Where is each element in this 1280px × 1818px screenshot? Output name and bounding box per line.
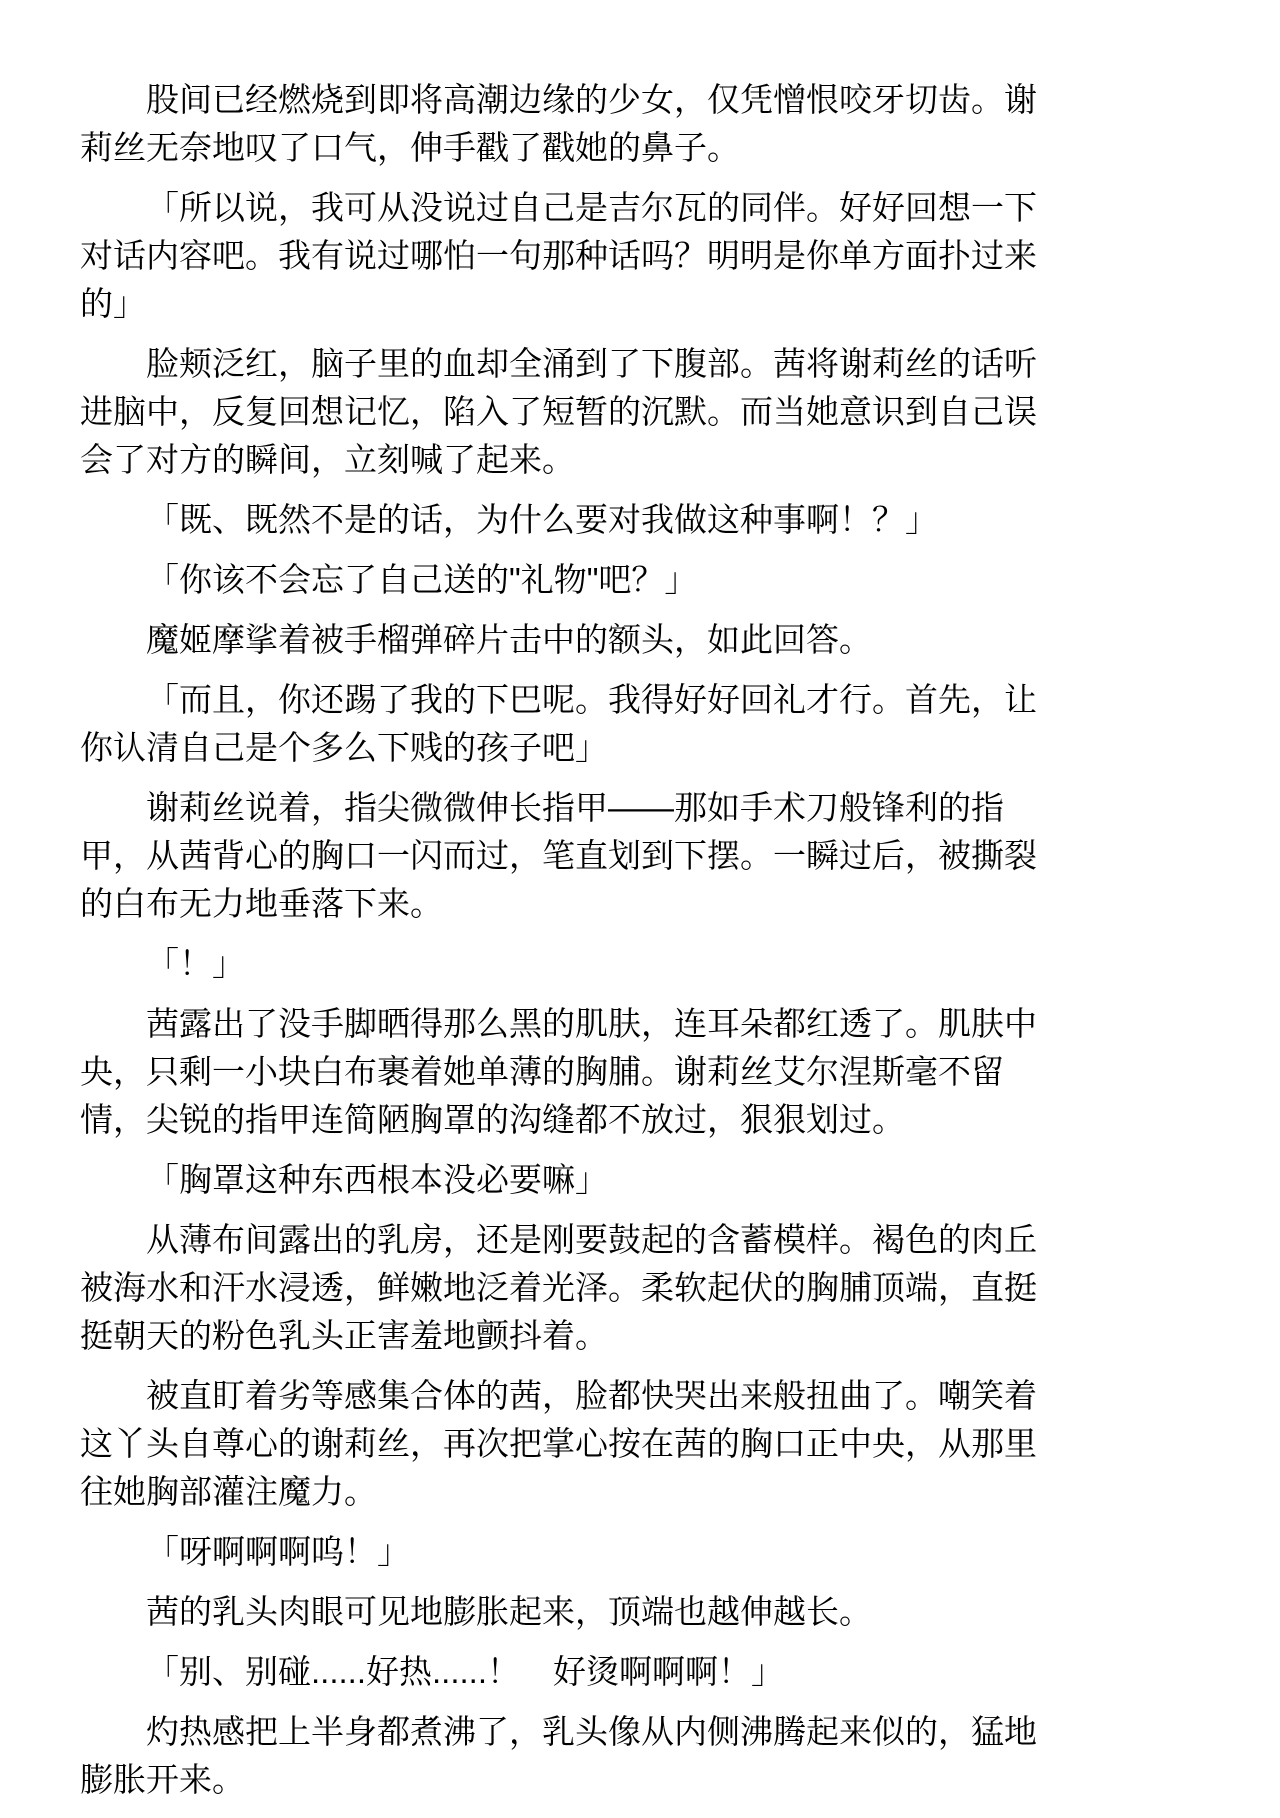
text-line: 脸颊泛红，脑子里的血却全涌到了下腹部。茜将谢莉丝的话听 [80, 340, 1050, 388]
text-line: 从薄布间露出的乳房，还是刚要鼓起的含蓄模样。褐色的肉丘 [80, 1216, 1050, 1264]
text-line: 「胸罩这种东西根本没必要嘛」 [80, 1156, 1050, 1204]
text-line: 「所以说，我可从没说过自己是吉尔瓦的同伴。好好回想一下 [80, 184, 1050, 232]
text-line: 央，只剩一小块白布裹着她单薄的胸脯。谢莉丝艾尔涅斯毫不留 [80, 1048, 1050, 1096]
document-body: 股间已经燃烧到即将高潮边缘的少女，仅凭憎恨咬牙切齿。谢莉丝无奈地叹了口气，伸手戳… [80, 76, 1050, 1804]
paragraph: 茜露出了没手脚晒得那么黑的肌肤，连耳朵都红透了。肌肤中央，只剩一小块白布裹着她单… [80, 1000, 1050, 1144]
paragraph: 茜的乳头肉眼可见地膨胀起来，顶端也越伸越长。 [80, 1588, 1050, 1636]
paragraph: 谢莉丝说着，指尖微微伸长指甲——那如手术刀般锋利的指甲，从茜背心的胸口一闪而过，… [80, 784, 1050, 928]
text-line: 茜的乳头肉眼可见地膨胀起来，顶端也越伸越长。 [80, 1588, 1050, 1636]
text-line: 莉丝无奈地叹了口气，伸手戳了戳她的鼻子。 [80, 124, 1050, 172]
text-line: 甲，从茜背心的胸口一闪而过，笔直划到下摆。一瞬过后，被撕裂 [80, 832, 1050, 880]
paragraph: 被直盯着劣等感集合体的茜，脸都快哭出来般扭曲了。嘲笑着这丫头自尊心的谢莉丝，再次… [80, 1372, 1050, 1516]
paragraph: 从薄布间露出的乳房，还是刚要鼓起的含蓄模样。褐色的肉丘被海水和汗水浸透，鲜嫩地泛… [80, 1216, 1050, 1360]
text-line: 的」 [80, 280, 1050, 328]
text-line: 的白布无力地垂落下来。 [80, 880, 1050, 928]
text-line: 「别、别碰......好热......！ 好烫啊啊啊！」 [80, 1648, 1050, 1696]
text-line: 灼热感把上半身都煮沸了，乳头像从内侧沸腾起来似的，猛地 [80, 1708, 1050, 1756]
text-line: 「你该不会忘了自己送的"礼物"吧？」 [80, 556, 1050, 604]
text-line: 你认清自己是个多么下贱的孩子吧」 [80, 724, 1050, 772]
paragraph: 「别、别碰......好热......！ 好烫啊啊啊！」 [80, 1648, 1050, 1696]
text-line: 膨胀开来。 [80, 1756, 1050, 1804]
paragraph: 「所以说，我可从没说过自己是吉尔瓦的同伴。好好回想一下对话内容吧。我有说过哪怕一… [80, 184, 1050, 328]
text-line: 对话内容吧。我有说过哪怕一句那种话吗？明明是你单方面扑过来 [80, 232, 1050, 280]
paragraph: 「你该不会忘了自己送的"礼物"吧？」 [80, 556, 1050, 604]
paragraph: 魔姬摩挲着被手榴弹碎片击中的额头，如此回答。 [80, 616, 1050, 664]
text-line: 被直盯着劣等感集合体的茜，脸都快哭出来般扭曲了。嘲笑着 [80, 1372, 1050, 1420]
text-line: 进脑中，反复回想记忆，陷入了短暂的沉默。而当她意识到自己误 [80, 388, 1050, 436]
text-line: 茜露出了没手脚晒得那么黑的肌肤，连耳朵都红透了。肌肤中 [80, 1000, 1050, 1048]
paragraph: 脸颊泛红，脑子里的血却全涌到了下腹部。茜将谢莉丝的话听进脑中，反复回想记忆，陷入… [80, 340, 1050, 484]
paragraph: 「而且，你还踢了我的下巴呢。我得好好回礼才行。首先，让你认清自己是个多么下贱的孩… [80, 676, 1050, 772]
text-line: 情，尖锐的指甲连简陋胸罩的沟缝都不放过，狠狠划过。 [80, 1096, 1050, 1144]
text-line: 「而且，你还踢了我的下巴呢。我得好好回礼才行。首先，让 [80, 676, 1050, 724]
text-line: 往她胸部灌注魔力。 [80, 1468, 1050, 1516]
text-line: 股间已经燃烧到即将高潮边缘的少女，仅凭憎恨咬牙切齿。谢 [80, 76, 1050, 124]
paragraph: 「既、既然不是的话，为什么要对我做这种事啊！？」 [80, 496, 1050, 544]
paragraph: 「胸罩这种东西根本没必要嘛」 [80, 1156, 1050, 1204]
text-line: 这丫头自尊心的谢莉丝，再次把掌心按在茜的胸口正中央，从那里 [80, 1420, 1050, 1468]
text-line: 「！」 [80, 940, 1050, 988]
text-line: 「呀啊啊啊呜！」 [80, 1528, 1050, 1576]
text-line: 被海水和汗水浸透，鲜嫩地泛着光泽。柔软起伏的胸脯顶端，直挺 [80, 1264, 1050, 1312]
paragraph: 「！」 [80, 940, 1050, 988]
text-line: 魔姬摩挲着被手榴弹碎片击中的额头，如此回答。 [80, 616, 1050, 664]
novel-page: 股间已经燃烧到即将高潮边缘的少女，仅凭憎恨咬牙切齿。谢莉丝无奈地叹了口气，伸手戳… [0, 0, 1280, 1818]
paragraph: 「呀啊啊啊呜！」 [80, 1528, 1050, 1576]
text-line: 谢莉丝说着，指尖微微伸长指甲——那如手术刀般锋利的指 [80, 784, 1050, 832]
text-line: 挺朝天的粉色乳头正害羞地颤抖着。 [80, 1312, 1050, 1360]
paragraph: 灼热感把上半身都煮沸了，乳头像从内侧沸腾起来似的，猛地膨胀开来。 [80, 1708, 1050, 1804]
text-line: 「既、既然不是的话，为什么要对我做这种事啊！？」 [80, 496, 1050, 544]
text-line: 会了对方的瞬间，立刻喊了起来。 [80, 436, 1050, 484]
paragraph: 股间已经燃烧到即将高潮边缘的少女，仅凭憎恨咬牙切齿。谢莉丝无奈地叹了口气，伸手戳… [80, 76, 1050, 172]
